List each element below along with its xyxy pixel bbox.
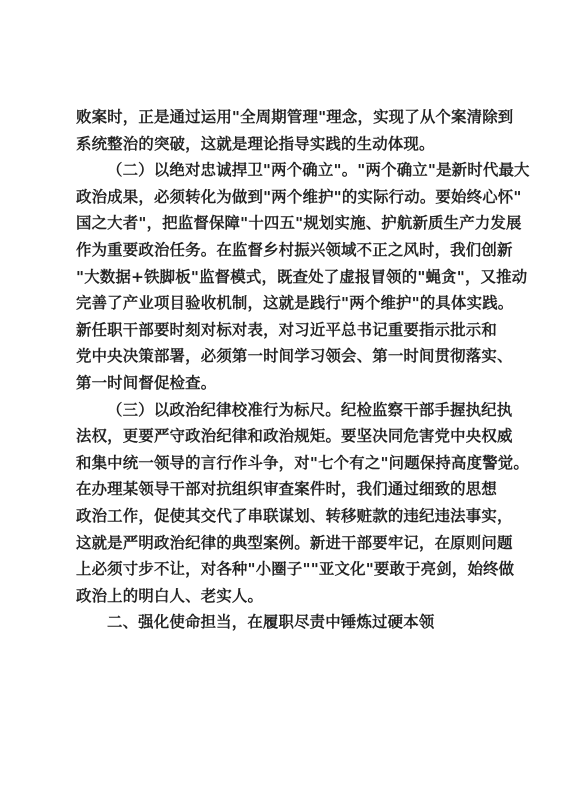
paragraph-line: 在办理某领导干部对抗组织审查案件时，我们通过细致的思想 bbox=[76, 476, 496, 503]
chapter-2-heading: 二、强化使命担当，在履职尽责中锤炼过硬本领 bbox=[76, 609, 496, 636]
paragraph-line: 政治工作，促使其交代了串联谋划、转移赃款的违纪违法事实， bbox=[76, 503, 496, 530]
paragraph-line: 上必须寸步不让，对各种"小圈子""亚文化"要敢于亮剑，始终做 bbox=[76, 556, 496, 583]
paragraph-line: 败案时，正是通过运用"全周期管理"理念，实现了从个案清除到 bbox=[76, 104, 496, 131]
paragraph-line: 和集中统一领导的言行作斗争，对"七个有之"问题保持高度警觉。 bbox=[76, 450, 496, 477]
paragraph-line: 政治上的明白人、老实人。 bbox=[76, 583, 496, 610]
paragraph-line: 政治成果，必须转化为做到"两个维护"的实际行动。要始终心怀" bbox=[76, 184, 496, 211]
paragraph-line: "大数据+铁脚板"监督模式，既查处了虚报冒领的"蝇贪"，又推动 bbox=[76, 264, 496, 291]
paragraph-line: 法权，更要严守政治纪律和政治规矩。要坚决同危害党中央权威 bbox=[76, 423, 496, 450]
paragraph-line: 党中央决策部署，必须第一时间学习领会、第一时间贯彻落实、 bbox=[76, 343, 496, 370]
paragraph-line: 系统整治的突破，这就是理论指导实践的生动体现。 bbox=[76, 131, 496, 158]
paragraph-line: 第一时间督促检查。 bbox=[76, 370, 496, 397]
paragraph-line: 国之大者"，把监督保障"十四五"规划实施、护航新质生产力发展 bbox=[76, 210, 496, 237]
section-2-heading-line: （二）以绝对忠诚捍卫"两个确立"。"两个确立"是新时代最大 bbox=[76, 157, 496, 184]
section-3-heading-line: （三）以政治纪律校准行为标尺。纪检监察干部手握执纪执 bbox=[76, 397, 496, 424]
document-page: 败案时，正是通过运用"全周期管理"理念，实现了从个案清除到 系统整治的突破，这就… bbox=[76, 104, 496, 636]
paragraph-line: 新任职干部要时刻对标对表，对习近平总书记重要指示批示和 bbox=[76, 317, 496, 344]
paragraph-line: 完善了产业项目验收机制，这就是践行"两个维护"的具体实践。 bbox=[76, 290, 496, 317]
paragraph-line: 这就是严明政治纪律的典型案例。新进干部要牢记，在原则问题 bbox=[76, 530, 496, 557]
paragraph-line: 作为重要政治任务。在监督乡村振兴领域不正之风时，我们创新 bbox=[76, 237, 496, 264]
